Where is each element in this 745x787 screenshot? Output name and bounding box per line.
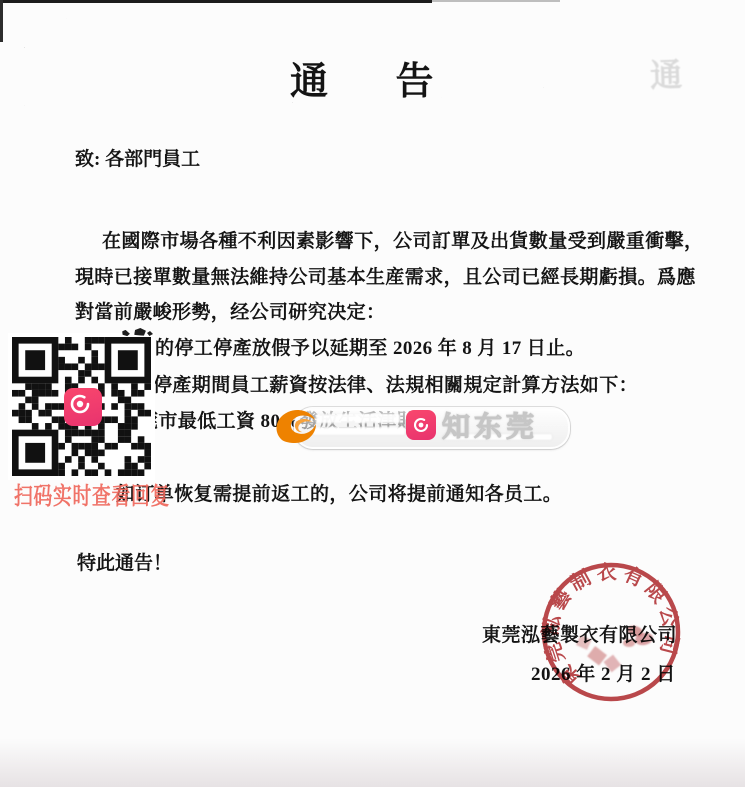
seal-ink-marks (576, 624, 654, 672)
watermark-smalltext (316, 414, 400, 423)
eye-icon (68, 392, 92, 416)
body-line: 停產期間員工薪資按法律、法規相關規定計算方法如下： (153, 370, 638, 397)
eye-icon (412, 416, 430, 434)
notice-title: 通 告 (290, 50, 435, 105)
closing-line: 特此通告！ (77, 548, 172, 575)
watermark-smalltext (313, 427, 405, 435)
svg-text:東莞泓藝制衣有限公司: 東莞泓藝制衣有限公司 (532, 553, 690, 711)
app-logo-icon (64, 388, 102, 426)
body-line: 在國際市場各種不利因素影響下，公司訂單及出貨數量受到嚴重衝擊， (102, 226, 703, 253)
company-seal: 東莞泓藝制衣有限公司 (532, 553, 690, 711)
qr-code (8, 333, 155, 480)
body-line: 如订单恢复需提前返工的，公司将提前通知各员工。 (116, 479, 562, 506)
scan-speckle-blob (0, 60, 60, 130)
flame-logo-icon (272, 408, 324, 446)
body-line: 的停工停產放假予以延期至 2026 年 8 月 17 日止。 (155, 333, 585, 360)
qr-caption: 扫码实时查看回复 (14, 476, 170, 511)
scan-edge-artifact (432, 0, 560, 2)
ghost-title-char: 通 (649, 49, 683, 96)
salutation: 致: 各部門員工 (75, 144, 200, 171)
scanned-notice-document: 通 通 告 致: 各部門員工 在國際市場各種不利因素影響下，公司訂單及出貨數量受… (0, 0, 745, 787)
scan-speckle-blob (18, 520, 62, 542)
body-line: 對當前嚴峻形勢，经公司研究决定： (75, 297, 385, 324)
body-line: 現時已接單數量無法維持公司基本生産需求，且公司已經長期虧損。爲應 (75, 262, 696, 289)
app-logo-icon (406, 410, 436, 440)
seal-ring-text: 東莞泓藝制衣有限公司 (532, 553, 690, 711)
watermark-app-name: 知东莞 (442, 405, 538, 445)
scan-shadow (0, 738, 745, 787)
watermark: 知东莞 (272, 402, 572, 450)
